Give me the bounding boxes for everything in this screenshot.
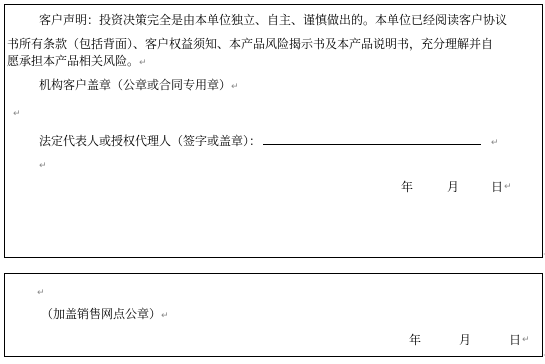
- customer-declaration-box: 客户声明：投资决策完全是由本单位独立、自主、谨慎做出的。本单位已经阅读客户协议 …: [4, 4, 543, 258]
- month-label: 月: [459, 333, 471, 347]
- year-label: 年: [409, 333, 421, 347]
- paragraph-mark-icon: ↵: [37, 288, 45, 298]
- org-seal-label: 机构客户盖章（公章或合同专用章）: [39, 78, 231, 92]
- year-label: 年: [401, 180, 413, 194]
- signature-label: 法定代表人或授权代理人（签字或盖章）：: [39, 134, 261, 148]
- day-label: 日: [491, 180, 503, 194]
- declaration-line-3: 愿承担本产品相关风险。: [7, 54, 139, 68]
- branch-seal-label: （加盖销售网点公章）: [41, 307, 161, 321]
- paragraph-mark-icon: ↵: [522, 333, 530, 347]
- paragraph-mark-icon: ↵: [39, 161, 47, 171]
- paragraph-mark-icon: ↵: [161, 311, 169, 321]
- paragraph-mark-icon: ↵: [139, 58, 147, 68]
- month-label: 月: [447, 180, 459, 194]
- signature-field[interactable]: [263, 132, 481, 145]
- declaration-line-1: 客户声明：投资决策完全是由本单位独立、自主、谨慎做出的。本单位已经阅读客户协议: [39, 13, 507, 27]
- declaration-line-2: 书所有条款（包括背面）、客户权益须知、本产品风险揭示书及本产品说明书，充分理解并…: [7, 37, 493, 51]
- branch-seal-box: ↵ （加盖销售网点公章）↵ 年 月 日 ↵: [4, 273, 543, 357]
- paragraph-mark-icon: ↵: [231, 82, 239, 92]
- paragraph-mark-icon: ↵: [491, 138, 499, 148]
- paragraph-mark-icon: ↵: [504, 180, 512, 194]
- paragraph-mark-icon: ↵: [13, 109, 21, 119]
- day-label: 日: [509, 333, 521, 347]
